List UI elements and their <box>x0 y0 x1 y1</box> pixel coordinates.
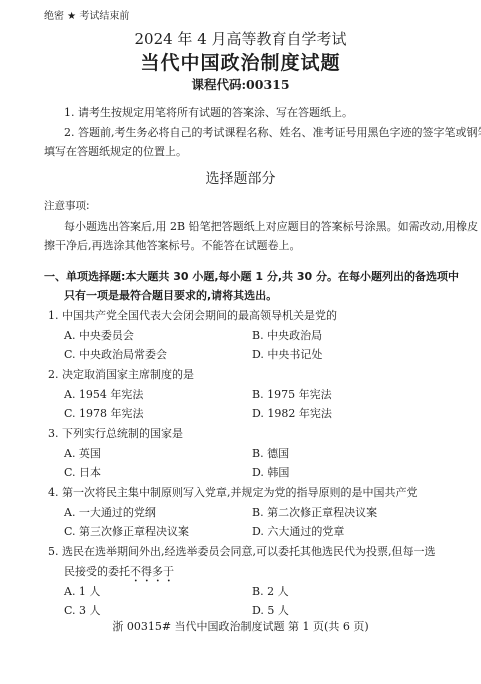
question-text: 3. 下列实行总统制的国家是 <box>48 425 183 441</box>
question-stem: 第一次将民主集中制原则写入党章,并规定为党的指导原则的是中国共产党 <box>62 486 418 499</box>
option-b: B. 第二次修正章程决议案 <box>252 504 377 520</box>
question-stem: 下列实行总统制的国家是 <box>62 427 183 440</box>
notice-line-2: 擦干净后,再选涂其他答案标号。不能答在试题卷上。 <box>44 237 301 253</box>
question-number: 2. <box>48 368 59 381</box>
option-c: C. 3 人 <box>64 602 101 618</box>
option-c: C. 中央政治局常委会 <box>64 346 167 362</box>
option-b: B. 2 人 <box>252 583 289 599</box>
option-c: C. 第三次修正章程决议案 <box>64 523 189 539</box>
subject-title: 当代中国政治制度试题 <box>0 48 481 75</box>
question-text: 4. 第一次将民主集中制原则写入党章,并规定为党的指导原则的是中国共产党 <box>48 484 418 500</box>
option-d: D. 1982 年宪法 <box>252 405 332 421</box>
option-d: D. 5 人 <box>252 602 289 618</box>
question-text: 1. 中国共产党全国代表大会闭会期间的最高领导机关是党的 <box>48 307 337 323</box>
option-a: A. 1 人 <box>64 583 100 599</box>
section-title: 选择题部分 <box>0 168 481 188</box>
emphasized-text: 不得多于 <box>130 565 174 578</box>
part-heading-line1: 一、单项选择题:本大题共 30 小题,每小题 1 分,共 30 分。在每小题列出… <box>44 268 459 284</box>
instruction-1: 1. 请考生按规定用笔将所有试题的答案涂、写在答题纸上。 <box>64 104 353 120</box>
option-c: C. 日本 <box>64 464 101 480</box>
question-stem: 选民在选举期间外出,经选举委员会同意,可以委托其他选民代为投票,但每一选 <box>62 545 436 558</box>
question-number: 1. <box>48 309 59 322</box>
question-stem: 决定取消国家主席制度的是 <box>62 368 194 381</box>
option-a: A. 英国 <box>64 445 101 461</box>
option-b: B. 德国 <box>252 445 289 461</box>
option-d: D. 六大通过的党章 <box>252 523 344 539</box>
option-d: D. 中央书记处 <box>252 346 322 362</box>
exam-title: 2024 年 4 月高等教育自学考试 <box>0 28 481 49</box>
part-heading-line2: 只有一项是最符合题目要求的,请将其选出。 <box>64 287 277 303</box>
instruction-2-cont: 填写在答题纸规定的位置上。 <box>44 143 187 159</box>
question-text: 5. 选民在选举期间外出,经选举委员会同意,可以委托其他选民代为投票,但每一选 <box>48 543 436 559</box>
option-b: B. 中央政治局 <box>252 327 322 343</box>
notice-line-1: 每小题选出答案后,用 2B 铅笔把答题纸上对应题目的答案标号涂黑。如需改动,用橡… <box>64 218 478 234</box>
option-d: D. 韩国 <box>252 464 289 480</box>
course-code: 课程代码:00315 <box>0 75 481 93</box>
option-a: A. 一大通过的党纲 <box>64 504 156 520</box>
question-number: 3. <box>48 427 59 440</box>
option-a: A. 1954 年宪法 <box>64 386 143 402</box>
secret-mark: 绝密 ★ 考试结束前 <box>44 7 129 22</box>
question-stem-cont: 民接受的委托 <box>64 565 130 578</box>
instruction-2: 2. 答题前,考生务必将自己的考试课程名称、姓名、准考证号用黑色字迹的签字笔或钢… <box>64 124 481 140</box>
question-number: 4. <box>48 486 59 499</box>
notice-label: 注意事项: <box>44 198 90 213</box>
option-b: B. 1975 年宪法 <box>252 386 332 402</box>
question-number: 5. <box>48 545 59 558</box>
question-stem: 中国共产党全国代表大会闭会期间的最高领导机关是党的 <box>62 309 337 322</box>
question-text: 2. 决定取消国家主席制度的是 <box>48 366 194 382</box>
question-text-line2: 民接受的委托不得多于 <box>64 563 174 585</box>
option-a: A. 中央委员会 <box>64 327 134 343</box>
page-footer: 浙 00315# 当代中国政治制度试题 第 1 页(共 6 页) <box>0 618 481 634</box>
option-c: C. 1978 年宪法 <box>64 405 144 421</box>
